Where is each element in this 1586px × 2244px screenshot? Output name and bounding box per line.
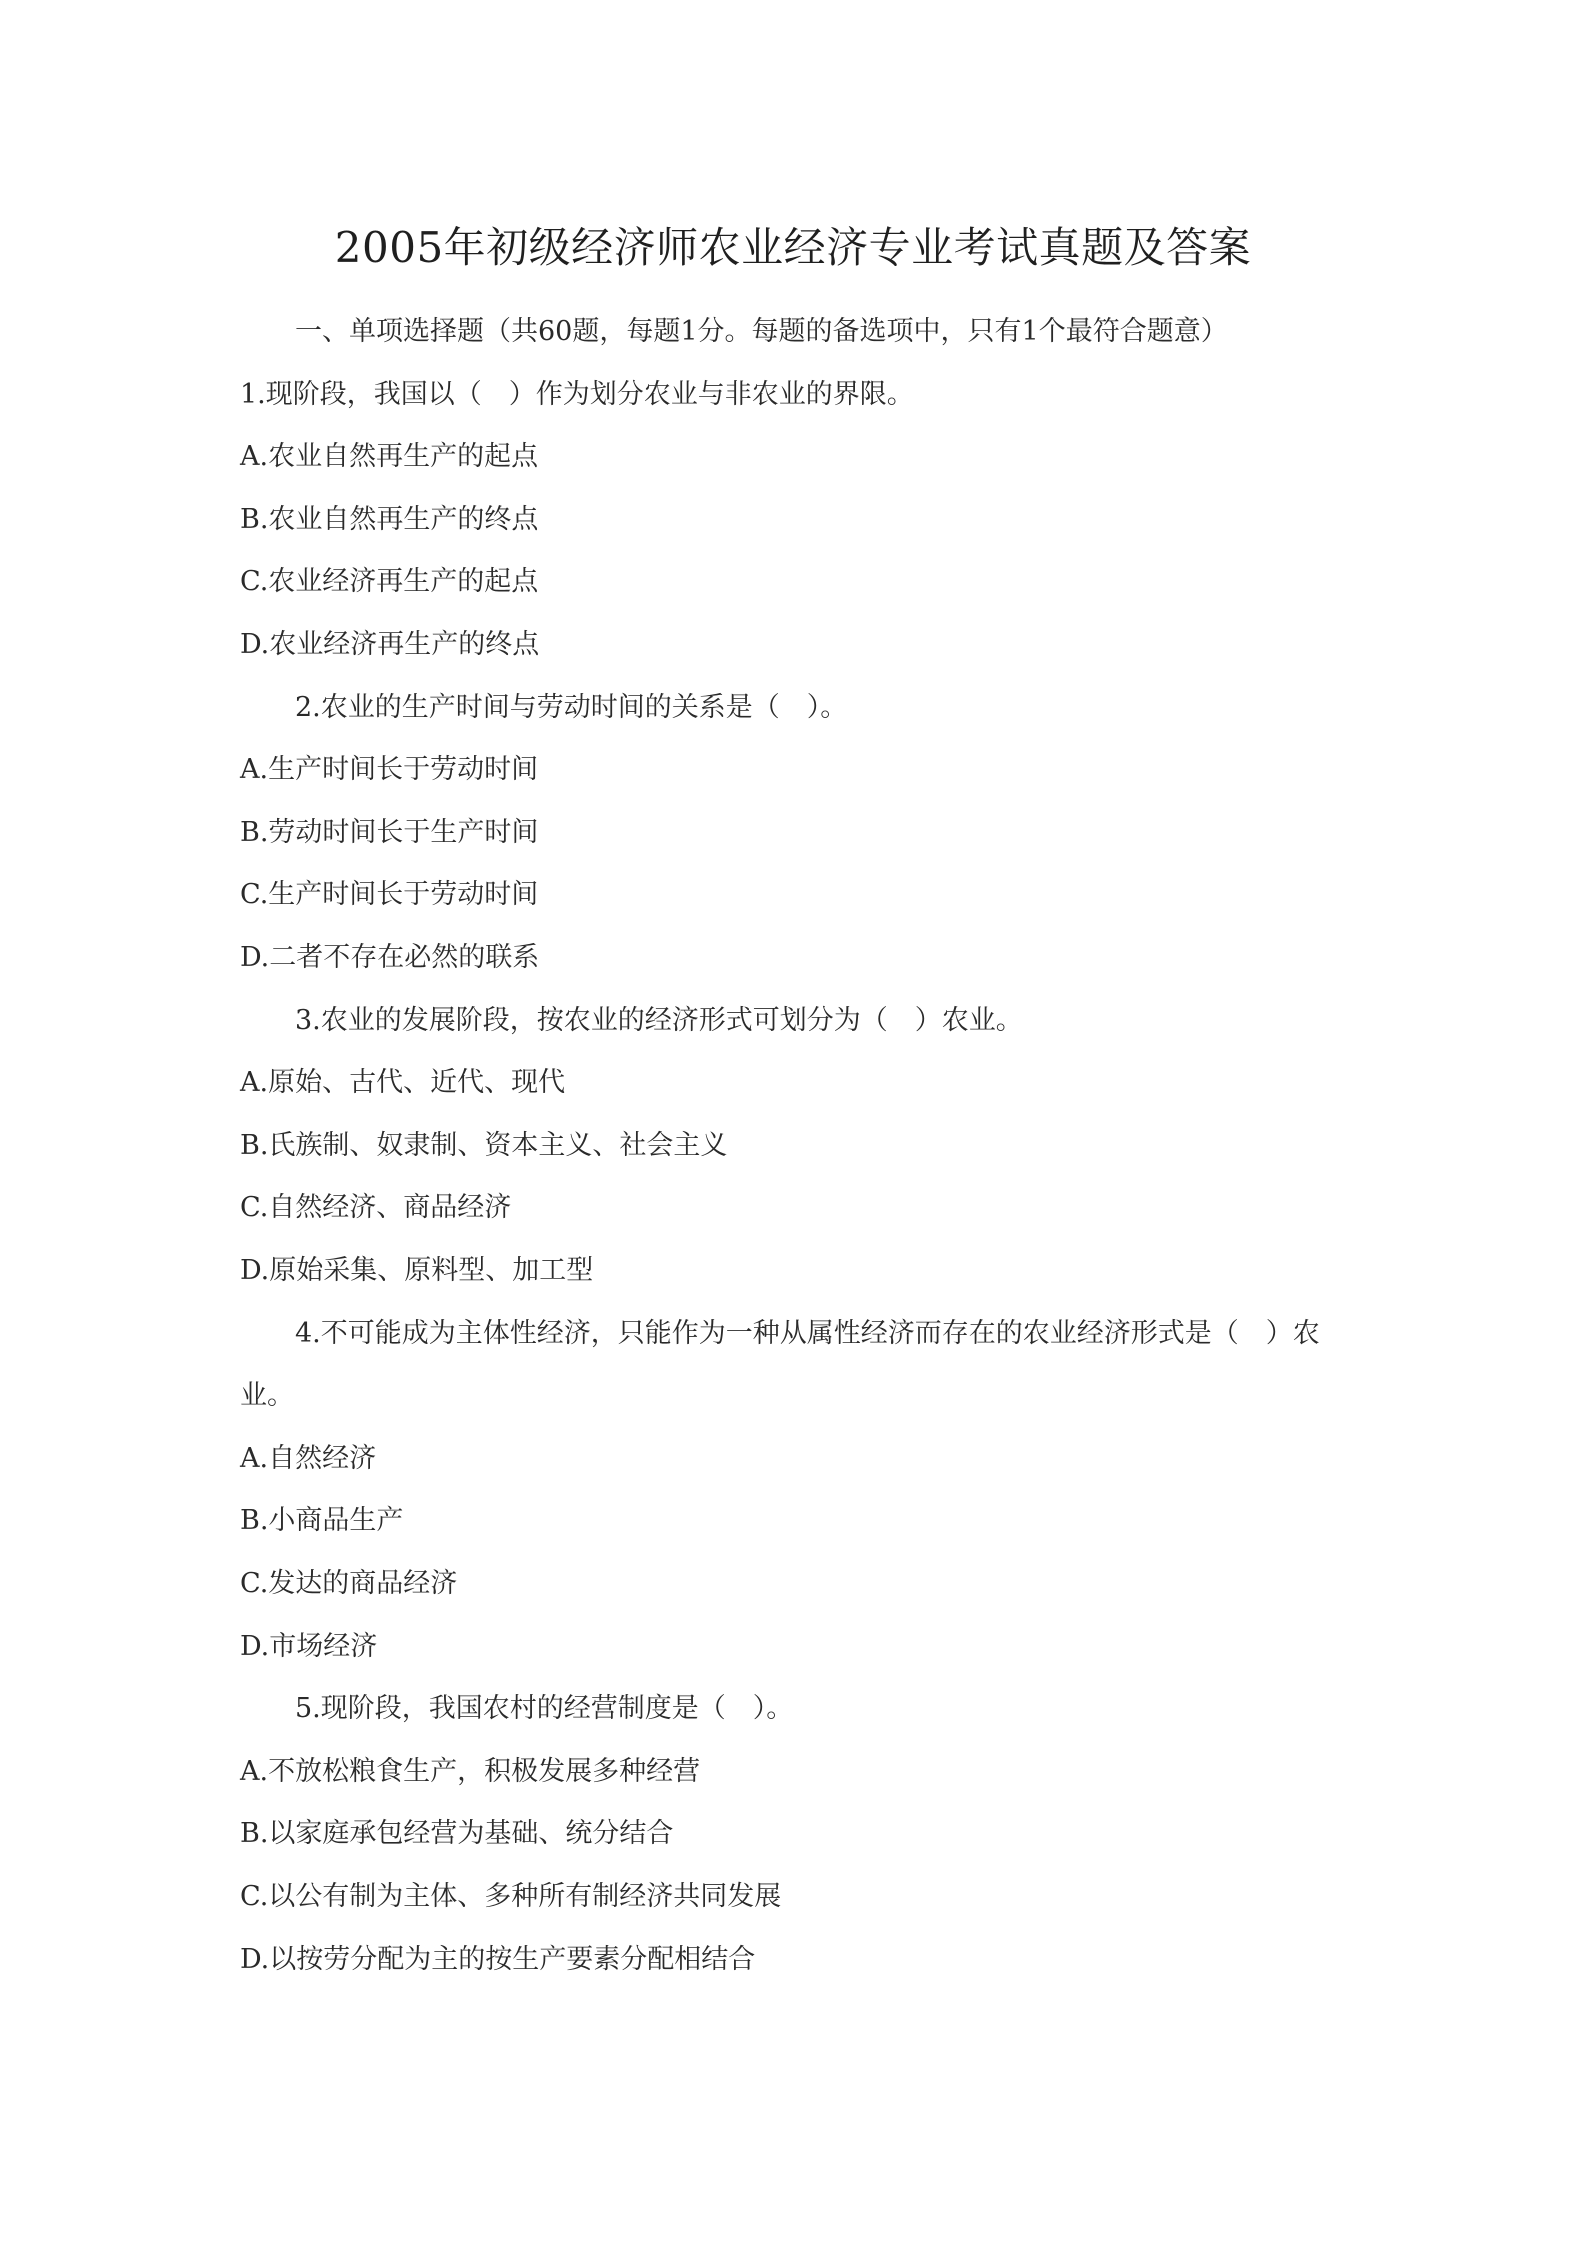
question-1-option-a: A.农业自然再生产的起点 (240, 437, 538, 477)
question-4-option-c: C.发达的商品经济 (240, 1564, 457, 1604)
document-title: 2005年初级经济师农业经济专业考试真题及答案 (0, 218, 1586, 278)
question-1-option-d: D.农业经济再生产的终点 (240, 625, 539, 665)
question-2-option-c: C.生产时间长于劳动时间 (240, 875, 538, 915)
question-3-option-b: B.氏族制、奴隶制、资本主义、社会主义 (240, 1126, 727, 1166)
question-2-stem: 2.农业的生产时间与劳动时间的关系是（ ）。 (295, 688, 847, 728)
question-5-stem: 5.现阶段，我国农村的经营制度是（ ）。 (295, 1689, 793, 1729)
question-4-option-a: A.自然经济 (240, 1439, 376, 1479)
question-2-option-d: D.二者不存在必然的联系 (240, 938, 539, 978)
question-3-option-a: A.原始、古代、近代、现代 (240, 1063, 565, 1103)
question-1-stem: 1.现阶段，我国以（ ）作为划分农业与非农业的界限。 (240, 375, 914, 415)
document-page: 2005年初级经济师农业经济专业考试真题及答案 一、单项选择题（共60题，每题1… (0, 0, 1586, 2244)
question-1-option-b: B.农业自然再生产的终点 (240, 500, 538, 540)
question-5-option-c: C.以公有制为主体、多种所有制经济共同发展 (240, 1877, 781, 1917)
question-1-option-c: C.农业经济再生产的起点 (240, 562, 538, 602)
question-2-option-a: A.生产时间长于劳动时间 (240, 750, 538, 790)
question-5-option-b: B.以家庭承包经营为基础、统分结合 (240, 1814, 673, 1854)
question-4-stem-continuation: 业。 (240, 1376, 294, 1416)
question-3-stem: 3.农业的发展阶段，按农业的经济形式可划分为（ ）农业。 (295, 1001, 1023, 1041)
question-5-option-a: A.不放松粮食生产，积极发展多种经营 (240, 1752, 700, 1792)
question-4-option-d: D.市场经济 (240, 1627, 377, 1667)
question-3-option-d: D.原始采集、原料型、加工型 (240, 1251, 593, 1291)
question-3-option-c: C.自然经济、商品经济 (240, 1188, 511, 1228)
question-4-option-b: B.小商品生产 (240, 1501, 403, 1541)
question-5-option-d: D.以按劳分配为主的按生产要素分配相结合 (240, 1940, 755, 1980)
question-2-option-b: B.劳动时间长于生产时间 (240, 813, 538, 853)
question-4-stem: 4.不可能成为主体性经济，只能作为一种从属性经济而存在的农业经济形式是（ ）农 (295, 1314, 1320, 1354)
section-heading: 一、单项选择题（共60题，每题1分。每题的备选项中，只有1个最符合题意） (295, 312, 1228, 352)
